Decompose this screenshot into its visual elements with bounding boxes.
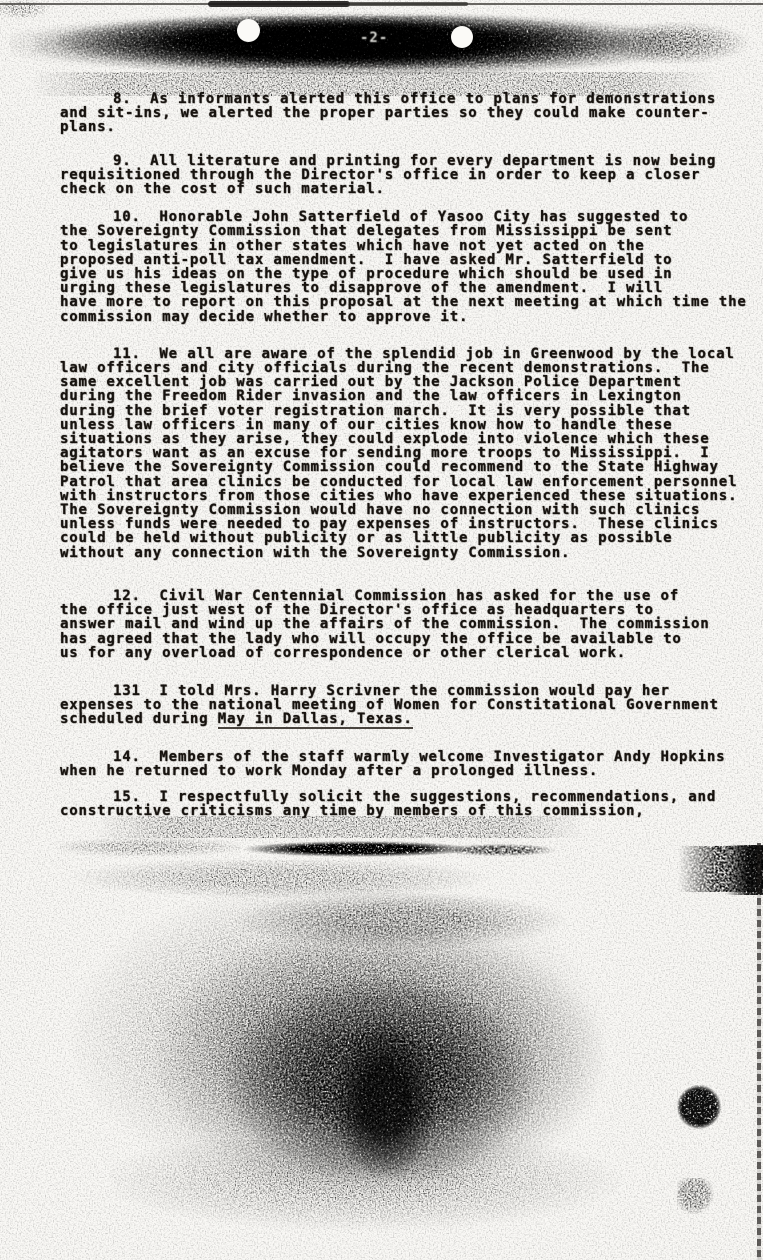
memo-line: the Sovereignty Commission that delegate… — [60, 224, 747, 238]
underlined-text: May in Dallas, Texas. — [218, 711, 413, 729]
memo-line: 11. We all are aware of the splendid job… — [60, 347, 747, 361]
memo-line: believe the Sovereignty Commission could… — [60, 460, 747, 474]
memo-line: plans. — [60, 120, 747, 134]
memo-paragraph: 11. We all are aware of the splendid job… — [60, 347, 747, 560]
memo-line: have more to report on this proposal at … — [60, 295, 747, 309]
toner-cloud-bottom-fade — [110, 1140, 670, 1240]
memo-line: with instructors from those cities who h… — [60, 489, 747, 503]
memo-line: 9. All literature and printing for every… — [60, 154, 747, 168]
memo-line: unless law officers in many of our citie… — [60, 418, 747, 432]
memo-line: without any connection with the Sovereig… — [60, 546, 747, 560]
memo-line: could be held without publicity or as li… — [60, 531, 747, 545]
memo-line: requisitioned through the Director's off… — [60, 168, 747, 182]
memo-paragraph: 10. Honorable John Satterfield of Yasoo … — [60, 210, 747, 324]
memo-paragraph: 8. As informants alerted this office to … — [60, 92, 747, 135]
streak-left-specks — [60, 838, 240, 856]
memo-line: and sit-ins, we alerted the proper parti… — [60, 106, 747, 120]
memo-line: 15. I respectfully solicit the suggestio… — [60, 790, 747, 804]
memo-line: Patrol that area clinics be conducted fo… — [60, 475, 747, 489]
smudged-text-row — [95, 816, 585, 838]
memo-paragraph: 9. All literature and printing for every… — [60, 154, 747, 197]
punch-hole-left — [237, 19, 260, 42]
memo-text: scheduled during — [60, 711, 218, 727]
memo-line: when he returned to work Monday after a … — [60, 764, 747, 778]
memo-line: 14. Members of the staff warmly welcome … — [60, 750, 747, 764]
memo-line: check on the cost of such material. — [60, 182, 747, 196]
memo-line: 12. Civil War Centennial Commission has … — [60, 589, 747, 603]
memo-paragraph: 15. I respectfully solicit the suggestio… — [60, 790, 747, 818]
memo-line: commission may decide whether to approve… — [60, 310, 747, 324]
ink-smudge-band-right-tail — [610, 22, 755, 64]
memo-paragraph: 131 I told Mrs. Harry Scrivner the commi… — [60, 684, 747, 727]
memo-line: us for any overload of correspondence or… — [60, 646, 747, 660]
memo-line: during the brief voter registration marc… — [60, 404, 747, 418]
ink-streak-tail — [450, 844, 560, 856]
memo-line: scheduled during May in Dallas, Texas. — [60, 712, 747, 726]
ink-smudge-band-fallout — [30, 72, 720, 96]
scanned-memo-page: -2- 8. As informants alerted this office… — [0, 0, 763, 1260]
dark-ink-streak — [238, 841, 478, 857]
page-right-edge-line — [757, 843, 761, 1260]
top-edge-line-mid-segment — [348, 2, 468, 6]
punch-hole-shadow-faint — [677, 1178, 715, 1214]
ink-smudge-band-darkest — [140, 19, 540, 65]
memo-line: answer mail and wind up the affairs of t… — [60, 617, 747, 631]
memo-body: 8. As informants alerted this office to … — [60, 92, 747, 837]
memo-line: has agreed that the lady who will occupy… — [60, 632, 747, 646]
memo-line: to legislatures in other states which ha… — [60, 239, 747, 253]
punch-hole-shadow — [677, 1085, 721, 1129]
top-edge-line-dark-segment — [208, 1, 350, 7]
page-number: -2- — [360, 30, 388, 46]
memo-paragraph: 14. Members of the staff warmly welcome … — [60, 750, 747, 778]
memo-paragraph: 12. Civil War Centennial Commission has … — [60, 589, 747, 660]
memo-line: proposed anti-poll tax amendment. I have… — [60, 253, 747, 267]
memo-line: 131 I told Mrs. Harry Scrivner the commi… — [60, 684, 747, 698]
punch-hole-right — [451, 26, 473, 48]
memo-line: during the Freedom Rider invasion and th… — [60, 389, 747, 403]
